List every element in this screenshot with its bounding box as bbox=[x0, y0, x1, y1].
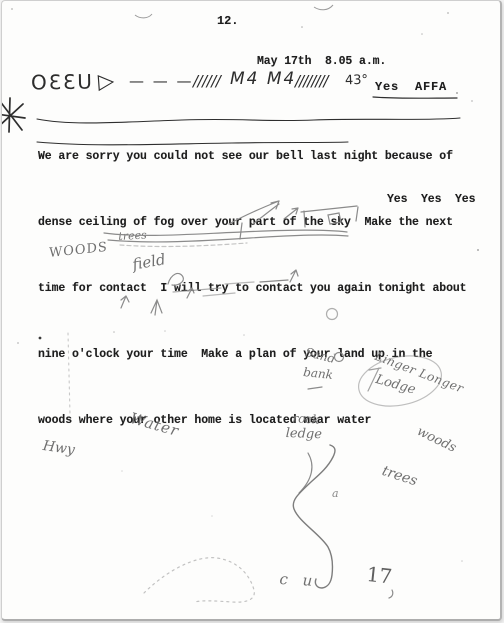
message-line: dense ceiling of fog over your part of t… bbox=[38, 212, 466, 234]
yes-affa-confirmation: Yes AFFA bbox=[375, 80, 447, 94]
scanned-document: 12. May 17th 8.05 a.m. OƐƐU ▷ — — — ////… bbox=[0, 0, 504, 623]
temperature-note: 43° bbox=[345, 73, 369, 89]
map-note-cu: c u bbox=[279, 570, 318, 590]
underline-yes-affa bbox=[373, 97, 457, 98]
tally-marks-1: ////// bbox=[193, 72, 220, 90]
dateline: May 17th 8.05 a.m. bbox=[257, 55, 386, 68]
message-line: time for contact I will try to contact y… bbox=[38, 278, 466, 300]
message-block: We are sorry you could not see our bell … bbox=[38, 102, 466, 476]
triangle-symbol: ▷ bbox=[97, 68, 115, 93]
tally-marks-2: //////// bbox=[295, 72, 327, 90]
comma-mark bbox=[389, 590, 393, 598]
map-label-bank: bank bbox=[303, 365, 334, 382]
map-note-a-mark: a bbox=[332, 487, 339, 500]
map-label-trees-top: trees bbox=[118, 229, 147, 243]
dash-symbols: — — — bbox=[129, 72, 194, 90]
dotted-outline-curve bbox=[144, 558, 254, 602]
paper-page: 12. May 17th 8.05 a.m. OƐƐU ▷ — — — ////… bbox=[1, 0, 502, 621]
message-line: woods where your other home is located n… bbox=[38, 410, 466, 432]
map-note-seventeen: 17 bbox=[365, 562, 393, 589]
contact-glyphs: OƐƐU bbox=[31, 69, 94, 94]
map-label-ledge: ledge bbox=[285, 426, 322, 442]
closing-affirmation: Yes Yes Yes bbox=[387, 193, 475, 206]
message-line: We are sorry you could not see our bell … bbox=[38, 146, 466, 168]
map-label-rock: rock bbox=[292, 411, 320, 427]
margin-star-icon bbox=[2, 98, 25, 132]
m4-symbols: M4 M4 bbox=[230, 69, 296, 89]
page-number: 12. bbox=[217, 14, 238, 28]
